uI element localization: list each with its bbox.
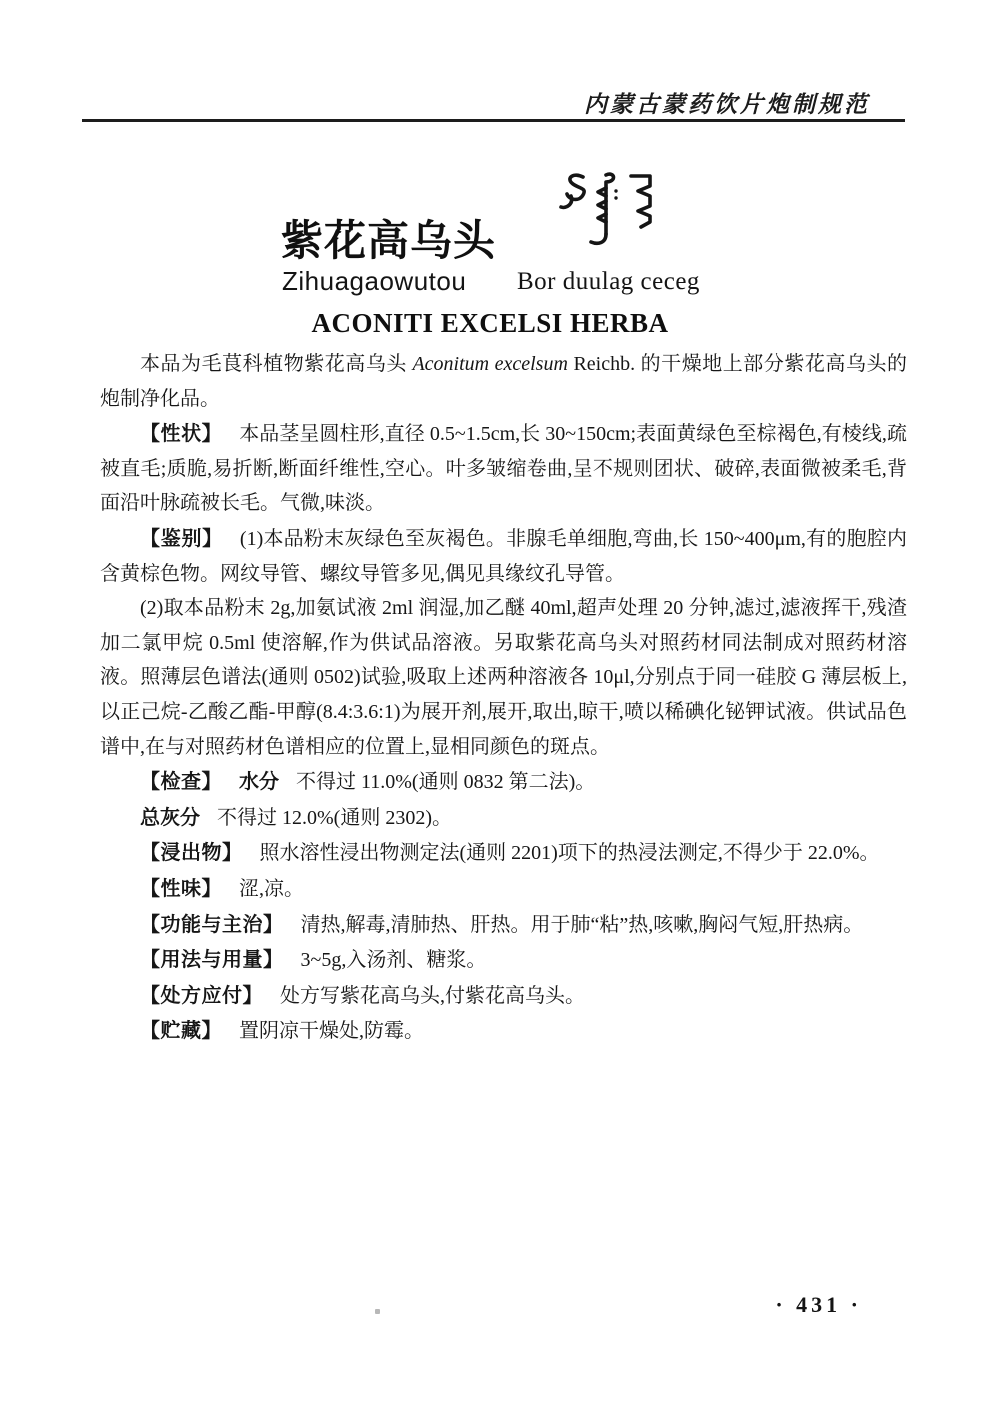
text-segment: 照水溶性浸出物测定法(通则 2201)项下的热浸法测定,不得少于 22.0%。 [260,842,880,864]
text-segment: (2)取本品粉末 2g,加氨试液 2ml 润湿,加乙醚 40ml,超声处理 20… [100,597,907,757]
drug-title-mongolian-latin: Bor duulag ceceg [517,268,700,296]
sub-label: 水分 [239,769,279,793]
document-page: 内蒙古蒙药饮片炮制规范 紫花高乌头 Zihuagaowutou Bor duul… [0,0,1007,1425]
paragraph: 本品为毛茛科植物紫花高乌头 Aconitum excelsum Reichb. … [100,347,907,416]
section-label: 【鉴别】 [140,526,223,550]
paragraph: 总灰分不得过 12.0%(通则 2302)。 [100,800,907,836]
section-label: 【功能与主治】 [140,912,284,936]
paragraph: 【浸出物】照水溶性浸出物测定法(通则 2201)项下的热浸法测定,不得少于 22… [100,835,907,871]
scan-artifact-dot [375,1309,380,1314]
text-segment: 3~5g,入汤剂、糖浆。 [301,949,487,971]
text-segment: 清热,解毒,清肺热、肝热。用于肺“粘”热,咳嗽,胸闷气短,肝热病。 [301,914,864,936]
paragraph: 【用法与用量】3~5g,入汤剂、糖浆。 [100,942,907,978]
text-segment: 不得过 11.0%(通则 0832 第二法)。 [296,771,595,793]
section-label: 【用法与用量】 [140,947,284,971]
paragraph: 【鉴别】(1)本品粉末灰绿色至灰褐色。非腺毛单细胞,弯曲,长 150~400μm… [100,521,907,591]
text-segment: 置阴凉干燥处,防霉。 [239,1020,424,1042]
section-label: 【浸出物】 [140,840,243,864]
drug-title-pinyin: Zihuagaowutou [282,266,466,297]
paragraph: 【检查】水分不得过 11.0%(通则 0832 第二法)。 [100,764,907,800]
text-segment: 处方写紫花高乌头,付紫花高乌头。 [280,985,585,1007]
section-label: 【处方应付】 [140,983,263,1007]
paragraph: (2)取本品粉末 2g,加氨试液 2ml 润湿,加乙醚 40ml,超声处理 20… [100,591,907,764]
page-number: · 431 · [775,1292,862,1318]
section-label: 【贮藏】 [140,1018,222,1042]
monograph-body: 本品为毛茛科植物紫花高乌头 Aconitum excelsum Reichb. … [100,347,907,1049]
section-label: 【检查】 [140,769,222,793]
drug-title-chinese: 紫花高乌头 [281,208,496,268]
header-rule [82,119,905,122]
latin-binomial: Aconitum excelsum [412,353,567,375]
mongolian-script-icon [558,170,654,263]
sub-label: 总灰分 [140,805,200,829]
paragraph: 【贮藏】置阴凉干燥处,防霉。 [100,1013,907,1049]
section-label: 【性味】 [140,876,222,900]
running-head-book-title: 内蒙古蒙药饮片炮制规范 [584,86,870,119]
paragraph: 【性味】涩,凉。 [100,871,907,907]
paragraph: 【性状】本品茎呈圆柱形,直径 0.5~1.5cm,长 30~150cm;表面黄绿… [100,416,907,521]
paragraph: 【功能与主治】清热,解毒,清肺热、肝热。用于肺“粘”热,咳嗽,胸闷气短,肝热病。 [100,907,907,943]
drug-title-latin: ACONITI EXCELSI HERBA [100,308,880,339]
text-segment: 本品为毛茛科植物紫花高乌头 [140,353,412,375]
section-label: 【性状】 [140,421,222,445]
paragraph: 【处方应付】处方写紫花高乌头,付紫花高乌头。 [100,978,907,1014]
text-segment: 涩,凉。 [239,878,304,900]
text-segment: 不得过 12.0%(通则 2302)。 [217,807,452,829]
